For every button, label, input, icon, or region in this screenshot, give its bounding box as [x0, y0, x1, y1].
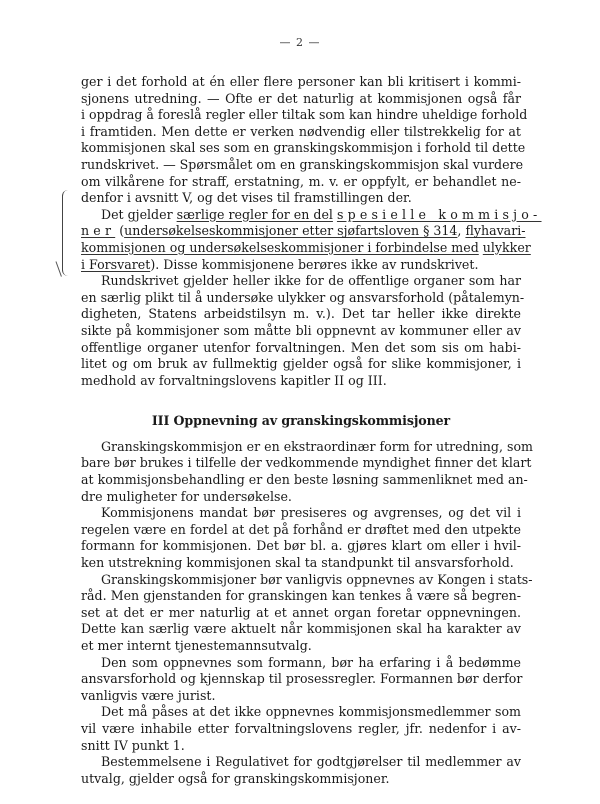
underlined-text: særlige regler for en del	[177, 207, 333, 222]
underlined-text: undersøkelseskommisjoner etter sjøfartsl…	[124, 223, 457, 238]
text-line: i Forsvaret). Disse kommisjonene berøres…	[81, 257, 521, 274]
text-line: i framtiden. Men dette er verken nødvend…	[81, 124, 521, 141]
text-line: i oppdrag å foreslå regler eller tiltak …	[81, 107, 521, 124]
text-line: ger i det forhold at én eller flere pers…	[81, 74, 521, 91]
underlined-text: kommisjonen og undersøkelseskommisjoner …	[81, 240, 479, 255]
text-line: Det gjelder særlige regler for en del sp…	[81, 207, 521, 224]
text-line: bare bør brukes i tilfelle der vedkommen…	[81, 455, 521, 472]
text-line: sikte på kommisjoner som måtte bli oppne…	[81, 323, 521, 340]
spaced-emphasis-text: spesielle kommisjo-	[337, 207, 542, 222]
text-line: vil være inhabile etter forvaltningslove…	[81, 721, 521, 738]
underlined-text: ulykker	[483, 240, 531, 255]
section-paragraph: Kommisjonens mandat bør presiseres og av…	[81, 505, 521, 571]
text-line: et mer internt tjenestemannsutvalg.	[81, 638, 521, 655]
text-line: Kommisjonens mandat bør presiseres og av…	[81, 505, 521, 522]
text-line: set at det er mer naturlig at et annet o…	[81, 605, 521, 622]
text-line: Dette kan særlig være aktuelt når kommis…	[81, 621, 521, 638]
section-paragraph: Granskingskommisjoner bør vanligvis oppn…	[81, 572, 521, 655]
page-body: ger i det forhold at én eller flere pers…	[81, 74, 521, 787]
text-line: litet og om bruk av fullmektig gjelder o…	[81, 356, 521, 373]
text-line: offentlige organer utenfor forvaltningen…	[81, 340, 521, 357]
text-line: kommisjonen skal ses som en granskingsko…	[81, 140, 521, 157]
text-line: regelen være en fordel at det på forhånd…	[81, 522, 521, 539]
text-line: utvalg, gjelder også for granskingskommi…	[81, 771, 521, 788]
spaced-emphasis-text: ner	[81, 223, 115, 238]
text-run: Det gjelder	[101, 207, 177, 222]
handwritten-margin-bracket	[62, 190, 73, 276]
text-line: formann for kommisjonen. Det bør bl. a. …	[81, 538, 521, 555]
page-number: — 2 —	[0, 36, 600, 49]
text-line: ner (undersøkelseskommisjoner etter sjøf…	[81, 223, 521, 240]
text-run: (	[115, 223, 124, 238]
section-paragraph: Bestemmelsene i Regulativet for godtgjør…	[81, 754, 521, 787]
text-line: Det må påses at det ikke oppnevnes kommi…	[81, 704, 521, 721]
text-line: Granskingskommisjon er en ekstraordinær …	[81, 439, 521, 456]
section-paragraph: Granskingskommisjon er en ekstraordinær …	[81, 439, 521, 505]
text-line: denfor i avsnitt V, og det vises til fra…	[81, 190, 521, 207]
section-paragraph: Det må påses at det ikke oppnevnes kommi…	[81, 704, 521, 754]
text-line: sjonens utredning. — Ofte er det naturli…	[81, 91, 521, 108]
paragraph-exclusions: Rundskrivet gjelder heller ikke for de o…	[81, 273, 521, 389]
text-line: råd. Men gjenstanden for granskingen kan…	[81, 588, 521, 605]
text-line: Bestemmelsene i Regulativet for godtgjør…	[81, 754, 521, 771]
text-line: om vilkårene for straff, erstatning, m. …	[81, 174, 521, 191]
text-line: snitt IV punkt 1.	[81, 738, 521, 755]
text-line: at kommisjonsbehandling er den beste løs…	[81, 472, 521, 489]
section-paragraph: Den som oppnevnes som formann, bør ha er…	[81, 655, 521, 705]
text-line: en særlig plikt til å undersøke ulykker …	[81, 290, 521, 307]
underlined-text: flyhavari-	[465, 223, 525, 238]
text-run: ). Disse kommisjonene berøres ikke av ru…	[150, 257, 478, 272]
text-line: vanligvis være jurist.	[81, 688, 521, 705]
section-heading: III Oppnevning av granskingskommisjoner	[81, 413, 521, 430]
paragraph-special-commissions: Det gjelder særlige regler for en del sp…	[81, 207, 521, 273]
underlined-text: i Forsvaret	[81, 257, 150, 272]
text-line: Rundskrivet gjelder heller ikke for de o…	[81, 273, 521, 290]
text-line: dre muligheter for undersøkelse.	[81, 489, 521, 506]
text-line: medhold av forvaltningslovens kapitler I…	[81, 373, 521, 390]
text-line: digheten, Statens arbeidstilsyn m. v.). …	[81, 306, 521, 323]
text-line: kommisjonen og undersøkelseskommisjoner …	[81, 240, 521, 257]
text-line: Granskingskommisjoner bør vanligvis oppn…	[81, 572, 521, 589]
paragraph-continuation: ger i det forhold at én eller flere pers…	[81, 74, 521, 207]
text-line: ansvarsforhold og kjennskap til prosessr…	[81, 671, 521, 688]
text-line: rundskrivet. — Spørsmålet om en granskin…	[81, 157, 521, 174]
text-line: ken utstrekning kommisjonen skal ta stan…	[81, 555, 521, 572]
text-line: Den som oppnevnes som formann, bør ha er…	[81, 655, 521, 672]
